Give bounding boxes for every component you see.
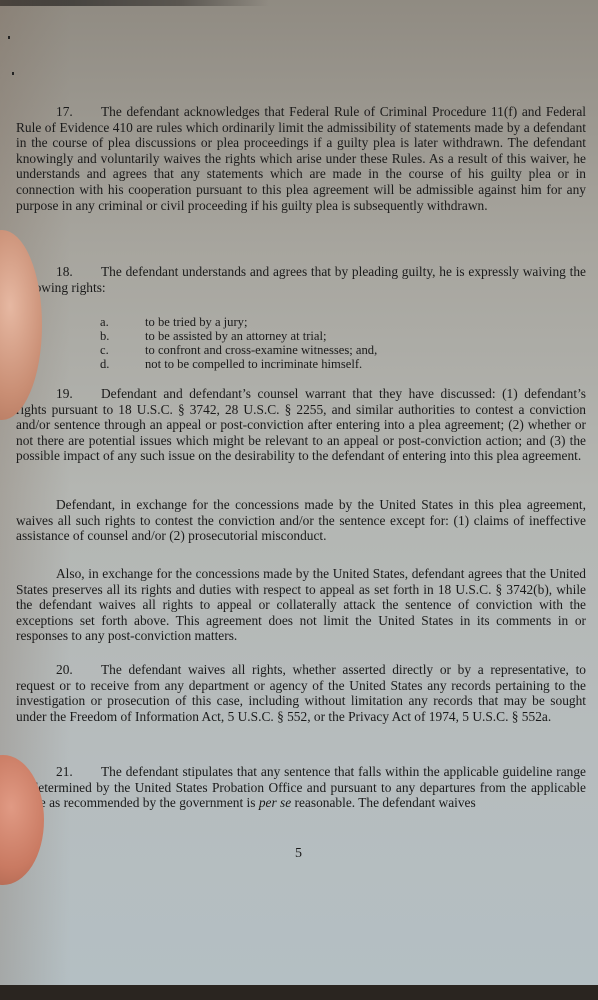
paragraph-number: 20. <box>16 662 101 678</box>
rights-item: c.to confront and cross-examine witnesse… <box>100 343 377 357</box>
paper-speck <box>12 72 14 75</box>
paragraph-18: 18.The defendant understands and agrees … <box>16 264 586 295</box>
paragraph-21: 21.The defendant stipulates that any sen… <box>16 764 586 811</box>
paragraph-number: 17. <box>16 104 101 120</box>
paragraph-19: 19.Defendant and defendant’s counsel war… <box>16 386 586 464</box>
page-number: 5 <box>295 846 302 862</box>
rights-item: d.not to be compelled to incriminate him… <box>100 357 377 371</box>
paragraph-text: Also, in exchange for the concessions ma… <box>16 566 586 643</box>
paragraph-17: 17.The defendant acknowledges that Feder… <box>16 104 586 213</box>
paragraph-text: The defendant waives all rights, whether… <box>16 662 586 724</box>
paragraph-also: Also, in exchange for the concessions ma… <box>16 566 586 644</box>
document-page: 17.The defendant acknowledges that Feder… <box>0 0 598 985</box>
paragraph-text: Defendant and defendant’s counsel warran… <box>16 386 586 463</box>
paragraph-20: 20.The defendant waives all rights, whet… <box>16 662 586 724</box>
paragraph-text: Defendant, in exchange for the concessio… <box>16 497 586 543</box>
rights-item: a.to be tried by a jury; <box>100 315 377 329</box>
rights-list: a.to be tried by a jury; b.to be assiste… <box>100 315 377 371</box>
rights-item: b.to be assisted by an attorney at trial… <box>100 329 377 343</box>
paragraph-text: The defendant acknowledges that Federal … <box>16 104 586 213</box>
paragraph-text: The defendant understands and agrees tha… <box>16 264 586 295</box>
paragraph-waiver: Defendant, in exchange for the concessio… <box>16 497 586 544</box>
paper-speck <box>8 36 10 39</box>
